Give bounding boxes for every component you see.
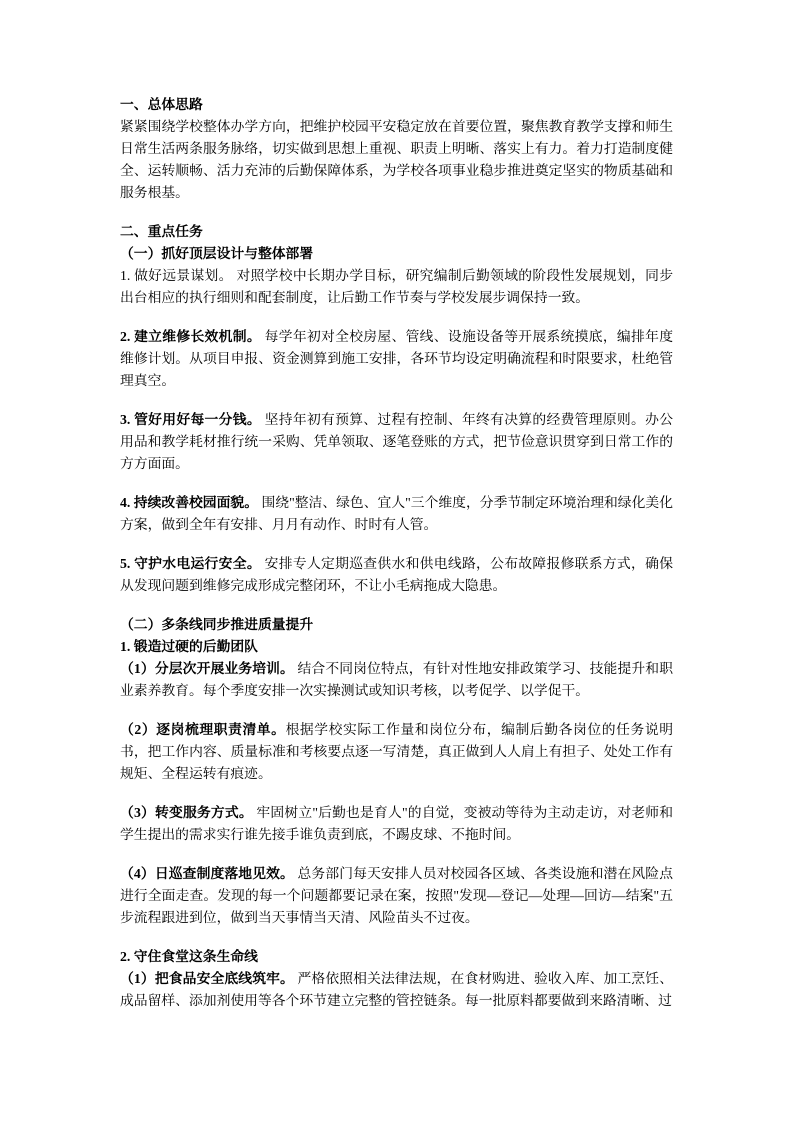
- para-task-budget-management: 3. 管好用好每一分钱。 坚持年初有预算、过程有控制、年终有决算的经费管理原则。…: [120, 409, 673, 475]
- task-campus-environment-lead: 4. 持续改善校园面貌。: [120, 495, 258, 510]
- task-food-safety-lead: （1）把食品安全底线筑牢。: [120, 971, 294, 986]
- task-training-lead: （1）分层次开展业务培训。: [120, 661, 294, 676]
- heading-key-tasks: 二、重点任务: [120, 221, 673, 243]
- para-task-vision-planning: 1. 做好远景谋划。 对照学校中长期办学目标，研究编制后勤领域的阶段性发展规划，…: [120, 265, 673, 309]
- para-task-utilities-safety: 5. 守护水电运行安全。 安排专人定期巡查供水和供电线路，公布故障报修联系方式，…: [120, 553, 673, 597]
- task-utilities-safety-lead: 5. 守护水电运行安全。: [120, 556, 261, 571]
- heading-canteen-lifeline: 2. 守住食堂这条生命线: [120, 946, 673, 968]
- para-task-duty-list: （2）逐岗梳理职责清单。根据学校实际工作量和岗位分布，编制后勤各岗位的任务说明书…: [120, 719, 673, 785]
- para-task-campus-environment: 4. 持续改善校园面貌。 围绕"整洁、绿色、宜人"三个维度，分季节制定环境治理和…: [120, 492, 673, 536]
- task-maintenance-mechanism-lead: 2. 建立维修长效机制。: [120, 329, 261, 344]
- heading-subsection-top-level-design: （一）抓好顶层设计与整体部署: [120, 243, 673, 265]
- task-duty-list-lead: （2）逐岗梳理职责清单。: [120, 722, 286, 737]
- para-task-maintenance-mechanism: 2. 建立维修长效机制。 每学年初对全校房屋、管线、设施设备等开展系统摸底，编排…: [120, 326, 673, 392]
- document-page: 一、总体思路 紧紧围绕学校整体办学方向，把维护校园平安稳定放在首要位置，聚焦教育…: [0, 0, 793, 1122]
- heading-general-approach: 一、总体思路: [120, 94, 673, 116]
- para-task-service-style: （3）转变服务方式。 牢固树立"后勤也是育人"的自觉，变被动等待为主动走访，对老…: [120, 802, 673, 846]
- task-service-style-lead: （3）转变服务方式。: [120, 805, 253, 820]
- para-task-daily-inspection: （4）日巡查制度落地见效。 总务部门每天安排人员对校园各区域、各类设施和潜在风险…: [120, 863, 673, 929]
- task-budget-management-lead: 3. 管好用好每一分钱。: [120, 412, 261, 427]
- task-vision-planning-lead: 1. 做好远景谋划。: [120, 268, 233, 283]
- para-task-food-safety: （1）把食品安全底线筑牢。 严格依照相关法律法规，在食材购进、验收入库、加工烹饪…: [120, 968, 673, 1012]
- task-daily-inspection-lead: （4）日巡查制度落地见效。: [120, 866, 294, 881]
- para-task-training: （1）分层次开展业务培训。 结合不同岗位特点，有针对性地安排政策学习、技能提升和…: [120, 658, 673, 702]
- para-general-approach: 紧紧围绕学校整体办学方向，把维护校园平安稳定放在首要位置，聚焦教育教学支撑和师生…: [120, 116, 673, 204]
- heading-subsection-quality-improvement: （二）多条线同步推进质量提升: [120, 614, 673, 636]
- heading-logistics-team: 1. 锻造过硬的后勤团队: [120, 636, 673, 658]
